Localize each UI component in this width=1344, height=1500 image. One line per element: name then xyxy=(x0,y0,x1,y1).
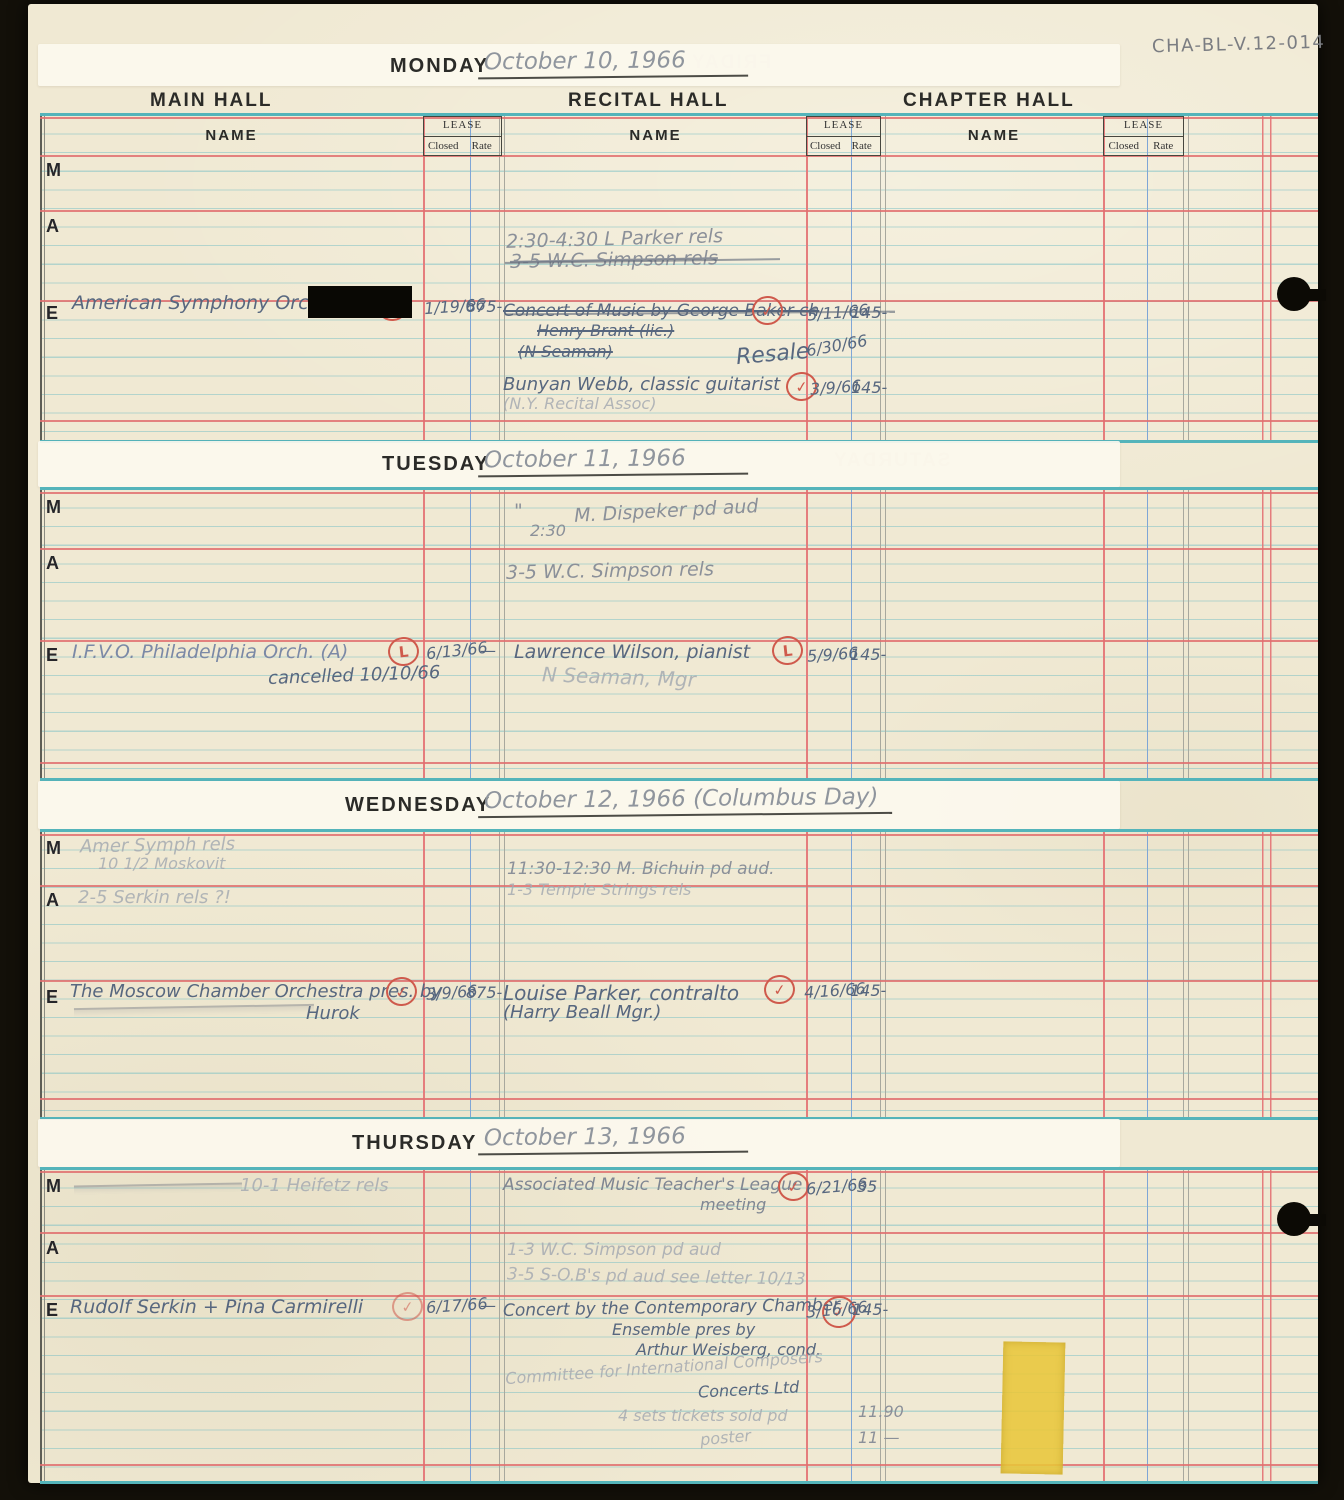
thursday-label: THURSDAY xyxy=(352,1132,477,1155)
closed-header: Closed xyxy=(1104,137,1144,155)
lease-rate: — xyxy=(480,1296,496,1315)
tuesday-row-a: A xyxy=(46,553,59,574)
lease-rate: 875- xyxy=(466,297,502,316)
wednesday-label: WEDNESDAY xyxy=(345,794,491,817)
lease-rate: 145- xyxy=(852,1300,888,1319)
booking-entry-note: (N.Y. Recital Assoc) xyxy=(503,394,656,413)
booking-time: 2:30 xyxy=(530,521,566,540)
chapter-lease-box: LEASE Closed Rate xyxy=(1103,116,1184,156)
amount-note: 11 — xyxy=(858,1428,899,1447)
closed-header: Closed xyxy=(424,137,463,155)
booking-note: 4 sets tickets sold pd xyxy=(618,1406,788,1425)
booking-entry: 10 1/2 Moskovit xyxy=(98,854,225,873)
ruled-line-red xyxy=(40,1232,1318,1234)
booking-entry: meeting xyxy=(700,1195,766,1214)
tuesday-date: October 11, 1966 xyxy=(478,445,748,478)
ruled-line-red xyxy=(40,1098,1318,1100)
booking-entry: I.F.V.O. Philadelphia Orch. (A) xyxy=(72,641,348,663)
lease-rate: 145- xyxy=(850,645,886,664)
recital-name-header: NAME xyxy=(505,127,806,144)
ruled-line-red xyxy=(40,210,1318,212)
yellow-tape xyxy=(1001,1341,1066,1474)
hole-punch xyxy=(1300,289,1326,301)
thursday-row-a: A xyxy=(46,1238,59,1259)
rate-header: Rate xyxy=(844,137,881,155)
ruled-line-red xyxy=(40,1171,1318,1173)
monday-label: MONDAY xyxy=(390,55,489,78)
thursday-row-m: M xyxy=(46,1176,61,1197)
lease-header: LEASE xyxy=(807,117,880,137)
ruled-line-red xyxy=(40,548,1318,550)
booking-entry: 3-5 W.C. Simpson rels xyxy=(506,558,714,584)
wednesday-row-m: M xyxy=(46,838,61,859)
lease-rate: 145- xyxy=(851,303,887,322)
booking-entry: 2-5 Serkin rels ?! xyxy=(78,887,231,908)
amount-note: 11.90 xyxy=(858,1402,904,1421)
booking-entry: 1-3 W.C. Simpson pd aud xyxy=(507,1240,721,1260)
tuesday-row-m: M xyxy=(46,497,61,518)
lease-header: LEASE xyxy=(424,117,501,137)
booking-entry: 1-3 Temple Strings rels xyxy=(507,880,691,899)
thursday-row-e: E xyxy=(46,1300,58,1321)
lease-header: LEASE xyxy=(1104,117,1183,137)
main-hall-header: MAIN HALL xyxy=(150,90,272,112)
ditto-mark: " xyxy=(514,500,523,522)
wednesday-date: October 12, 1966 (Columbus Day) xyxy=(478,784,893,818)
ruled-line-red xyxy=(40,420,1318,422)
ruled-line-red xyxy=(40,762,1318,764)
booking-entry: 11:30-12:30 M. Bichuin pd aud. xyxy=(507,859,775,879)
lease-rate: 145- xyxy=(851,378,887,397)
main-name-header: NAME xyxy=(40,127,423,144)
booking-entry-presenter: Hurok xyxy=(306,1003,360,1024)
tuesday-row-e: E xyxy=(46,645,58,666)
recital-lease-box: LEASE Closed Rate xyxy=(806,116,881,156)
booking-entry: 10-1 Heifetz rels xyxy=(240,1175,389,1196)
lease-rate: 875- xyxy=(466,983,502,1002)
wednesday-row-e: E xyxy=(46,987,58,1008)
monday-row-a: A xyxy=(46,216,59,237)
monday-row-e: E xyxy=(46,303,58,324)
ledger-scan-page: CHA-BL-V.12-014 FRIDAY SATURDAY MONDAY O… xyxy=(0,0,1344,1500)
rate-header: Rate xyxy=(1144,137,1184,155)
booking-entry: Rudolf Serkin + Pina Carmirelli xyxy=(70,1296,363,1318)
booking-entry: Ensemble pres by xyxy=(612,1320,755,1339)
main-lease-box: LEASE Closed Rate xyxy=(423,116,502,156)
wednesday-row-a: A xyxy=(46,890,59,911)
tuesday-label: TUESDAY xyxy=(382,453,490,476)
redaction-box xyxy=(308,286,412,318)
lease-rate: 35 xyxy=(857,1177,877,1196)
booking-entry-cancelled: Henry Brant (lic.) xyxy=(537,321,674,340)
ruled-line-red xyxy=(40,492,1318,494)
thursday-date: October 13, 1966 xyxy=(478,1123,748,1156)
closed-header: Closed xyxy=(807,137,844,155)
tuesday-grid xyxy=(40,487,1318,781)
chapter-hall-header: CHAPTER HALL xyxy=(903,90,1075,112)
booking-entry: Lawrence Wilson, pianist xyxy=(514,641,750,663)
lease-rate: 145- xyxy=(850,981,886,1000)
booking-entry: Associated Music Teacher's League xyxy=(503,1175,802,1195)
recital-hall-header: RECITAL HALL xyxy=(568,90,729,112)
manager-note: (Harry Beall Mgr.) xyxy=(503,1002,661,1023)
chapter-name-header: NAME xyxy=(885,127,1103,144)
booking-entry-cancelled: (N Seaman) xyxy=(518,342,613,361)
monday-row-m: M xyxy=(46,160,61,181)
monday-date: October 10, 1966 xyxy=(478,47,748,80)
hole-punch xyxy=(1300,1214,1326,1226)
lease-rate: — xyxy=(480,641,496,660)
ruled-line-red xyxy=(40,1464,1318,1466)
booking-entry: Bunyan Webb, classic guitarist xyxy=(503,374,780,395)
rate-header: Rate xyxy=(463,137,502,155)
